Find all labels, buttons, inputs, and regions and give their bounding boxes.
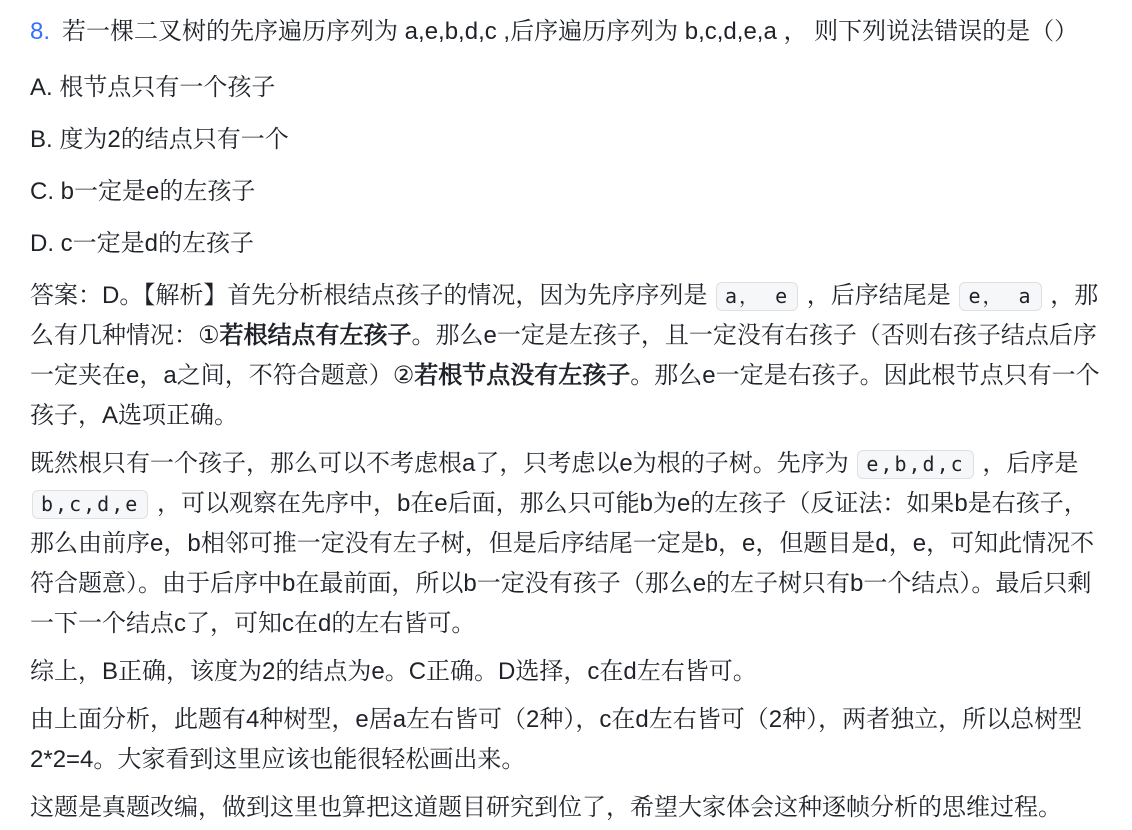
text-run: 由上面分析，此题有4种树型，e居a左右皆可（2种），c在d左右皆可（2种），两者… [30, 706, 1082, 773]
question-title: 8.若一棵二叉树的先序遍历序列为 a,e,b,d,c ,后序遍历序列为 b,c,… [30, 12, 1110, 52]
question-stem: 若一棵二叉树的先序遍历序列为 a,e,b,d,c ,后序遍历序列为 b,c,d,… [62, 18, 1078, 45]
text-run: ，可以观察在先序中，b在e后面，那么只可能b为e的左孩子（反证法：如果b是右孩子… [30, 490, 1094, 637]
option-c: C. b一定是e的左孩子 [30, 172, 1110, 212]
analysis-paragraph-closing: 这题是真题改编，做到这里也算把这道题目研究到位了，希望大家体会这种逐帧分析的思维… [30, 788, 1110, 828]
text-run: 答案：D。【解析】首先分析根结点孩子的情况，因为先序序列是 [30, 282, 714, 309]
bold-text: 若根结点有左孩子 [220, 322, 412, 349]
analysis-paragraph-answer: 答案：D。【解析】首先分析根结点孩子的情况，因为先序序列是 a， e ，后序结尾… [30, 276, 1110, 436]
option-b: B. 度为2的结点只有一个 [30, 120, 1110, 160]
question-number: 8. [30, 18, 50, 45]
document-page: 8.若一棵二叉树的先序遍历序列为 a,e,b,d,c ,后序遍历序列为 b,c,… [0, 0, 1132, 828]
option-d: D. c一定是d的左孩子 [30, 224, 1110, 264]
text-run: 既然根只有一个孩子，那么可以不考虑根a了，只考虑以e为根的子树。先序为 [30, 450, 855, 477]
text-run: ，后序是 [976, 450, 1079, 477]
text-run: ，后序结尾是 [800, 282, 957, 309]
bold-text: 若根节点没有左孩子 [414, 362, 630, 389]
analysis-paragraph-tree-count: 由上面分析，此题有4种树型，e居a左右皆可（2种），c在d左右皆可（2种），两者… [30, 700, 1110, 780]
inline-code: e， a [959, 282, 1041, 311]
analysis-paragraph-summary: 综上，B正确，该度为2的结点为e。C正确。D选择，c在d左右皆可。 [30, 652, 1110, 692]
inline-code: a， e [716, 282, 798, 311]
option-a: A. 根节点只有一个孩子 [30, 68, 1110, 108]
analysis-paragraph-subtree: 既然根只有一个孩子，那么可以不考虑根a了，只考虑以e为根的子树。先序为 e,b,… [30, 444, 1110, 644]
text-run: 这题是真题改编，做到这里也算把这道题目研究到位了，希望大家体会这种逐帧分析的思维… [30, 794, 1062, 821]
inline-code: b,c,d,e [32, 490, 148, 519]
inline-code: e,b,d,c [857, 450, 973, 479]
text-run: 综上，B正确，该度为2的结点为e。C正确。D选择，c在d左右皆可。 [30, 658, 757, 685]
